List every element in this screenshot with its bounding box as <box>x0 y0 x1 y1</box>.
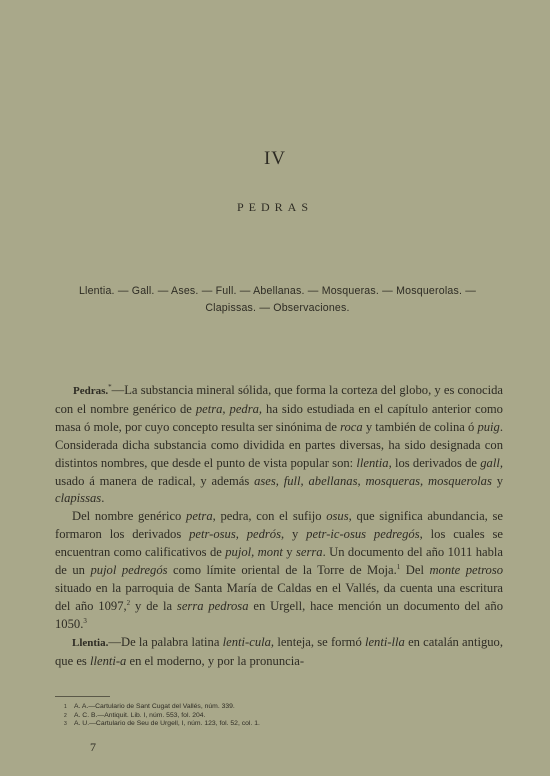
italic-term: petra <box>186 509 213 523</box>
page-number: 7 <box>90 740 96 755</box>
footnote-text: A. U.—Cartulario de Seu de Urgell, I, nú… <box>74 720 260 727</box>
footnote-text: A. A.—Cartulario de Sant Cugat del Vallé… <box>74 703 235 710</box>
footnotes: 1A. A.—Cartulario de Sant Cugat del Vall… <box>64 703 444 729</box>
italic-term: petr-ic-osus pedregós <box>306 527 419 541</box>
italic-term: llenti-a <box>90 654 126 668</box>
body-text: Pedras.*—La substancia mineral sólida, q… <box>55 382 503 671</box>
chapter-summary: Llentia. — Gall. — Ases. — Full. — Abell… <box>40 283 515 317</box>
section-lead: Pedras. <box>73 385 108 397</box>
text: , y <box>281 527 306 541</box>
footnote-text: A. C. B.—Antiquit. Lib. I, núm. 553, fol… <box>74 712 205 719</box>
text: como límite oriental de la Torre de Moja… <box>168 563 397 577</box>
text: y <box>492 474 503 488</box>
italic-term: lenti-lla <box>365 635 405 649</box>
paragraph-pedras: Pedras.*—La substancia mineral sólida, q… <box>55 382 503 508</box>
footnote-number: 3 <box>64 720 74 729</box>
text: los derivados de <box>392 456 481 470</box>
footnote-number: 1 <box>64 703 74 712</box>
italic-term: clapissas <box>55 491 101 505</box>
text: usado á manera de radical, y además <box>55 474 254 488</box>
footnote-number: 2 <box>64 712 74 721</box>
paragraph-derivados: Del nombre genérico petra, pedra, con el… <box>55 508 503 633</box>
summary-line: Clapissas. — Observaciones. <box>40 300 515 317</box>
text: y de la <box>130 599 177 613</box>
text: Del <box>400 563 429 577</box>
book-page: IV PEDRAS Llentia. — Gall. — Ases. — Ful… <box>0 0 550 776</box>
footnote-ref[interactable]: 3 <box>83 617 87 625</box>
paragraph-llentia: Llentia.—De la palabra latina lenti-cula… <box>55 634 503 671</box>
text: , pedra, con el sufijo <box>213 509 327 523</box>
text: . <box>101 491 104 505</box>
italic-term: petr-osus, pedrós <box>189 527 281 541</box>
italic-term: lenti-cula, <box>223 635 274 649</box>
text: y <box>283 545 296 559</box>
italic-term: osus <box>326 509 348 523</box>
italic-term: puig <box>477 420 499 434</box>
italic-term: gall, <box>480 456 503 470</box>
italic-term: serra <box>296 545 323 559</box>
italic-term: monte petroso <box>429 563 503 577</box>
footnote: 2A. C. B.—Antiquit. Lib. I, núm. 553, fo… <box>64 712 444 721</box>
text: lenteja, se formó <box>274 635 365 649</box>
italic-term: pujol pedregós <box>90 563 167 577</box>
text: en el moderno, y por la pronuncia- <box>126 654 304 668</box>
text: —De la palabra latina <box>108 635 222 649</box>
italic-term: serra pedrosa <box>177 599 249 613</box>
summary-line: Llentia. — Gall. — Ases. — Full. — Abell… <box>40 283 515 300</box>
footnote: 1A. A.—Cartulario de Sant Cugat del Vall… <box>64 703 444 712</box>
italic-term: petra, pedra, <box>196 402 262 416</box>
italic-term: ases, full, abellanas, mosqueras, mosque… <box>254 474 492 488</box>
footnote-divider <box>55 696 110 697</box>
section-lead: Llentia. <box>72 637 108 649</box>
italic-term: llentia, <box>356 456 391 470</box>
text: y también de colina ó <box>363 420 478 434</box>
text: Del nombre genérico <box>72 509 186 523</box>
italic-term: pujol, mont <box>225 545 283 559</box>
chapter-title: PEDRAS <box>0 200 550 215</box>
footnote: 3A. U.—Cartulario de Seu de Urgell, I, n… <box>64 720 444 729</box>
italic-term: roca <box>340 420 363 434</box>
chapter-number: IV <box>0 148 550 170</box>
